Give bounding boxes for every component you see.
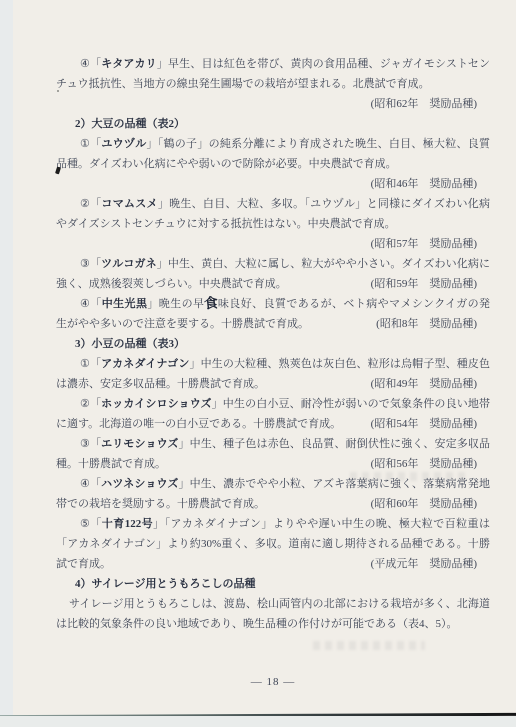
document-body: ④「キタアカリ」早生、目は紅色を帯び、黄肉の食用品種、ジャガイモシストセンチュウ…	[56, 54, 490, 634]
line-text: サイレージ用とうもろこしは、渡島、桧山両管内の北部における栽培が多く、北海道で	[69, 598, 490, 614]
variety-name: キタアカリ	[101, 58, 157, 70]
award-year-line: (昭和46年 奨励品種)	[56, 174, 490, 194]
line-text: 3）小豆の品種（表3）	[75, 338, 185, 350]
award-year-label: (昭和8年 奨励品種)	[376, 314, 490, 334]
scanned-document-page: ④「キタアカリ」早生、目は紅色を帯び、黄肉の食用品種、ジャガイモシストセンチュウ…	[0, 0, 516, 727]
line-text: ②「コマムスメ」晩生、白目、大粒、多収。「ユウヅル」と同様にダイズわい化病	[80, 198, 490, 210]
text-segment: (昭和46年 奨励品種)	[371, 178, 477, 190]
text-line: やダイズシストセンチュウに対する抵抗性はない。中央農試で育成。	[56, 214, 490, 234]
line-text: 生がやや多いので注意を要する。十勝農試で育成。	[56, 314, 309, 334]
line-text: は濃赤、安定多収品種。十勝農試で育成。	[56, 374, 265, 394]
line-text: ④「キタアカリ」早生、目は紅色を帯び、黄肉の食用品種、ジャガイモシストセン	[80, 58, 490, 70]
text-segment: 3）小豆の品種（表3）	[75, 338, 185, 350]
text-segment: 生がやや多いので注意を要する。十勝農試で育成。	[56, 318, 309, 330]
text-segment: 試で育成。	[56, 558, 111, 570]
text-line: ②「コマムスメ」晩生、白目、大粒、多収。「ユウヅル」と同様にダイズわい化病	[56, 194, 490, 214]
line-text: は比較的気象条件の良い地域であり、晩生品種の作付けが可能である（表4、5）。	[56, 618, 458, 630]
line-text: ④「中生光黒」晩生の早食味良好、良質であるが、ベト病やマメシンクイガの発	[80, 298, 490, 310]
text-segment: は濃赤、安定多収品種。十勝農試で育成。	[56, 378, 265, 390]
text-segment: サイレージ用とうもろこしは、渡島、桧山両管内の北部における栽培が多く、北海道で	[69, 598, 490, 614]
text-segment: ②「	[80, 198, 101, 210]
text-segment: (昭和57年 奨励品種)	[371, 238, 477, 250]
text-line: ③「エリモショウズ」中生、種子色は赤色、良品質、耐倒伏性に強く、安定多収品	[56, 434, 490, 454]
text-line: 生がやや多いので注意を要する。十勝農試で育成。(昭和8年 奨励品種)	[56, 314, 490, 334]
line-text: 帯での栽培を奨励する。十勝農試で育成。	[56, 494, 265, 514]
award-year-label: (昭和59年 奨励品種)	[371, 274, 490, 294]
variety-name: 中生光黒	[102, 298, 148, 310]
line-text: に適す。北海道の唯一の白小豆である。十勝農試で育成。	[56, 414, 341, 434]
text-segment: ⑤「	[80, 518, 102, 530]
scan-artifact	[313, 641, 425, 650]
text-segment: ①「	[80, 138, 101, 150]
variety-name: ホッカイシロショウズ	[101, 398, 212, 410]
line-text: 4）サイレージ用とうもろこしの品種	[75, 578, 256, 590]
text-segment: 「アカネダイナゴン」より約30%重く、多収。道南に適し期待される品種である。十勝…	[56, 538, 490, 554]
text-line: 試で育成。(平成元年 奨励品種)	[56, 554, 490, 574]
line-text: ①「ユウヅル」「鶴の子」の純系分離により育成された晩生、白目、極大粒、良質	[80, 138, 490, 150]
text-segment: ①「	[80, 358, 101, 370]
line-text: チュウ抵抗性、当地方の線虫発生圃場での栽培が望まれる。北農試で育成。	[56, 78, 430, 90]
text-line: 強く、成熟後裂莢しづらい。中央農試で育成。(昭和59年 奨励品種)	[56, 274, 490, 294]
scan-edge-left	[0, 0, 13, 727]
text-segment: 2）大豆の品種（表2）	[75, 118, 185, 130]
text-line: ①「アカネダイナゴン」中生の大粒種、熟莢色は灰白色、粒形は烏帽子型、種皮色	[56, 354, 490, 374]
award-year-line: (昭和62年 奨励品種)	[56, 94, 490, 114]
award-year-label: (平成元年 奨励品種)	[371, 554, 490, 574]
line-text: ③「ツルコガネ」中生、黄白、大粒に属し、粒大がやや小さい。ダイズわい化病に	[80, 258, 490, 270]
variety-name: コマムスメ	[101, 198, 157, 210]
text-segment: 」中生の白小豆、耐冷性が弱いので気象条件の良い地帯	[212, 398, 490, 410]
text-segment: は比較的気象条件の良い地域であり、晩生品種の作付けが可能である（表4、5）。	[56, 618, 458, 630]
text-segment: 」「鶴の子」の純系分離により育成された晩生、白目、極大粒、良質	[146, 138, 490, 150]
text-line: ④「キタアカリ」早生、目は紅色を帯び、黄肉の食用品種、ジャガイモシストセン	[56, 54, 490, 74]
text-line: 品種。ダイズわい化病にやや弱いので防除が必要。中央農試で育成。	[56, 154, 490, 174]
line-text: ②「ホッカイシロショウズ」中生の白小豆、耐冷性が弱いので気象条件の良い地帯	[80, 398, 490, 410]
text-line: ④「中生光黒」晩生の早食味良好、良質であるが、ベト病やマメシンクイガの発	[56, 294, 490, 314]
text-segment: ④「	[80, 298, 102, 310]
variety-name: エリモショウズ	[101, 438, 178, 450]
line-text: (昭和46年 奨励品種)	[371, 178, 477, 190]
text-line: 帯での栽培を奨励する。十勝農試で育成。(昭和60年 奨励品種)	[56, 494, 490, 514]
text-segment: 品種。ダイズわい化病にやや弱いので防除が必要。中央農試で育成。	[56, 158, 397, 170]
line-text: ③「エリモショウズ」中生、種子色は赤色、良品質、耐倒伏性に強く、安定多収品	[80, 438, 490, 450]
line-text: 2）大豆の品種（表2）	[75, 118, 185, 130]
text-segment: 」中生、黄白、大粒に属し、粒大がやや小さい。ダイズわい化病に	[157, 258, 490, 270]
text-segment: ②「	[80, 398, 101, 410]
line-text: 「アカネダイナゴン」より約30%重く、多収。道南に適し期待される品種である。十勝…	[56, 538, 490, 554]
text-segment: 4）サイレージ用とうもろこしの品種	[75, 578, 256, 590]
text-segment: 」早生、目は紅色を帯び、黄肉の食用品種、ジャガイモシストセン	[157, 58, 490, 70]
text-segment: やダイズシストセンチュウに対する抵抗性はない。中央農試で育成。	[56, 218, 396, 230]
variety-name: 十育122号	[102, 518, 153, 530]
text-segment: 種。十勝農試で育成。	[56, 458, 166, 470]
text-segment: ③「	[80, 438, 101, 450]
text-line: ②「ホッカイシロショウズ」中生の白小豆、耐冷性が弱いので気象条件の良い地帯	[56, 394, 490, 414]
line-text: (昭和62年 奨励品種)	[371, 98, 477, 110]
text-segment: ④「	[80, 478, 101, 490]
variety-name: ツルコガネ	[101, 258, 157, 270]
award-year-label: (昭和49年 奨励品種)	[371, 374, 490, 394]
text-line: に適す。北海道の唯一の白小豆である。十勝農試で育成。(昭和54年 奨励品種)	[56, 414, 490, 434]
text-line: 「アカネダイナゴン」より約30%重く、多収。道南に適し期待される品種である。十勝…	[56, 534, 490, 554]
variety-name: ユウヅル	[101, 138, 146, 150]
text-segment: (昭和62年 奨励品種)	[371, 98, 477, 110]
text-line: は濃赤、安定多収品種。十勝農試で育成。(昭和49年 奨励品種)	[56, 374, 490, 394]
text-segment: 強く、成熟後裂莢しづらい。中央農試で育成。	[56, 278, 287, 290]
text-line: チュウ抵抗性、当地方の線虫発生圃場での栽培が望まれる。北農試で育成。	[56, 74, 490, 94]
text-segment: 」「アカネダイナゴン」よりやや遅い中生の晩、極大粒で百粒重は	[153, 518, 490, 530]
page-number: — 18 —	[56, 676, 490, 688]
text-line: 種。十勝農試で育成。(昭和56年 奨励品種)	[56, 454, 490, 474]
handwritten-correction: 食	[204, 294, 219, 314]
award-year-label: (昭和60年 奨励品種)	[371, 494, 490, 514]
scan-artifact	[57, 90, 59, 92]
line-text: (昭和57年 奨励品種)	[371, 238, 477, 250]
section-heading: 4）サイレージ用とうもろこしの品種	[56, 574, 490, 594]
variety-name: アカネダイナゴン	[101, 358, 189, 370]
text-segment: 」晩生、白目、大粒、多収。「ユウヅル」と同様にダイズわい化病	[158, 198, 490, 210]
award-year-label: (昭和56年 奨励品種)	[371, 454, 490, 474]
variety-name: ハツネショウズ	[101, 478, 178, 490]
text-line: サイレージ用とうもろこしは、渡島、桧山両管内の北部における栽培が多く、北海道で	[56, 594, 490, 614]
text-segment: 味良好、良質であるが、ベト病やマメシンクイガの発	[217, 298, 490, 310]
text-segment: 」晩生の早	[147, 298, 204, 310]
scan-edge-bottom	[0, 716, 516, 727]
text-segment: 帯での栽培を奨励する。十勝農試で育成。	[56, 498, 265, 510]
text-line: ⑤「十育122号」「アカネダイナゴン」よりやや遅い中生の晩、極大粒で百粒重は	[56, 514, 490, 534]
text-segment: 」中生、種子色は赤色、良品質、耐倒伏性に強く、安定多収品	[179, 438, 490, 450]
text-segment: ③「	[80, 258, 101, 270]
text-line: は比較的気象条件の良い地域であり、晩生品種の作付けが可能である（表4、5）。	[56, 614, 490, 634]
line-text: ①「アカネダイナゴン」中生の大粒種、熟莢色は灰白色、粒形は烏帽子型、種皮色	[80, 358, 490, 370]
award-year-line: (昭和57年 奨励品種)	[56, 234, 490, 254]
line-text: 強く、成熟後裂莢しづらい。中央農試で育成。	[56, 274, 287, 294]
section-heading: 2）大豆の品種（表2）	[56, 114, 490, 134]
text-line: ③「ツルコガネ」中生、黄白、大粒に属し、粒大がやや小さい。ダイズわい化病に	[56, 254, 490, 274]
text-segment: 」中生の大粒種、熟莢色は灰白色、粒形は烏帽子型、種皮色	[189, 358, 490, 370]
line-text: 品種。ダイズわい化病にやや弱いので防除が必要。中央農試で育成。	[56, 158, 397, 170]
line-text: 種。十勝農試で育成。	[56, 454, 166, 474]
text-segment: ④「	[80, 58, 101, 70]
line-text: 試で育成。	[56, 554, 111, 574]
text-segment: チュウ抵抗性、当地方の線虫発生圃場での栽培が望まれる。北農試で育成。	[56, 78, 430, 90]
text-segment: に適す。北海道の唯一の白小豆である。十勝農試で育成。	[56, 418, 341, 430]
section-heading: 3）小豆の品種（表3）	[56, 334, 490, 354]
scan-artifact	[350, 472, 468, 481]
line-text: やダイズシストセンチュウに対する抵抗性はない。中央農試で育成。	[56, 218, 396, 230]
text-line: ①「ユウヅル」「鶴の子」の純系分離により育成された晩生、白目、極大粒、良質	[56, 134, 490, 154]
line-text: ⑤「十育122号」「アカネダイナゴン」よりやや遅い中生の晩、極大粒で百粒重は	[80, 518, 490, 530]
award-year-label: (昭和54年 奨励品種)	[371, 414, 490, 434]
